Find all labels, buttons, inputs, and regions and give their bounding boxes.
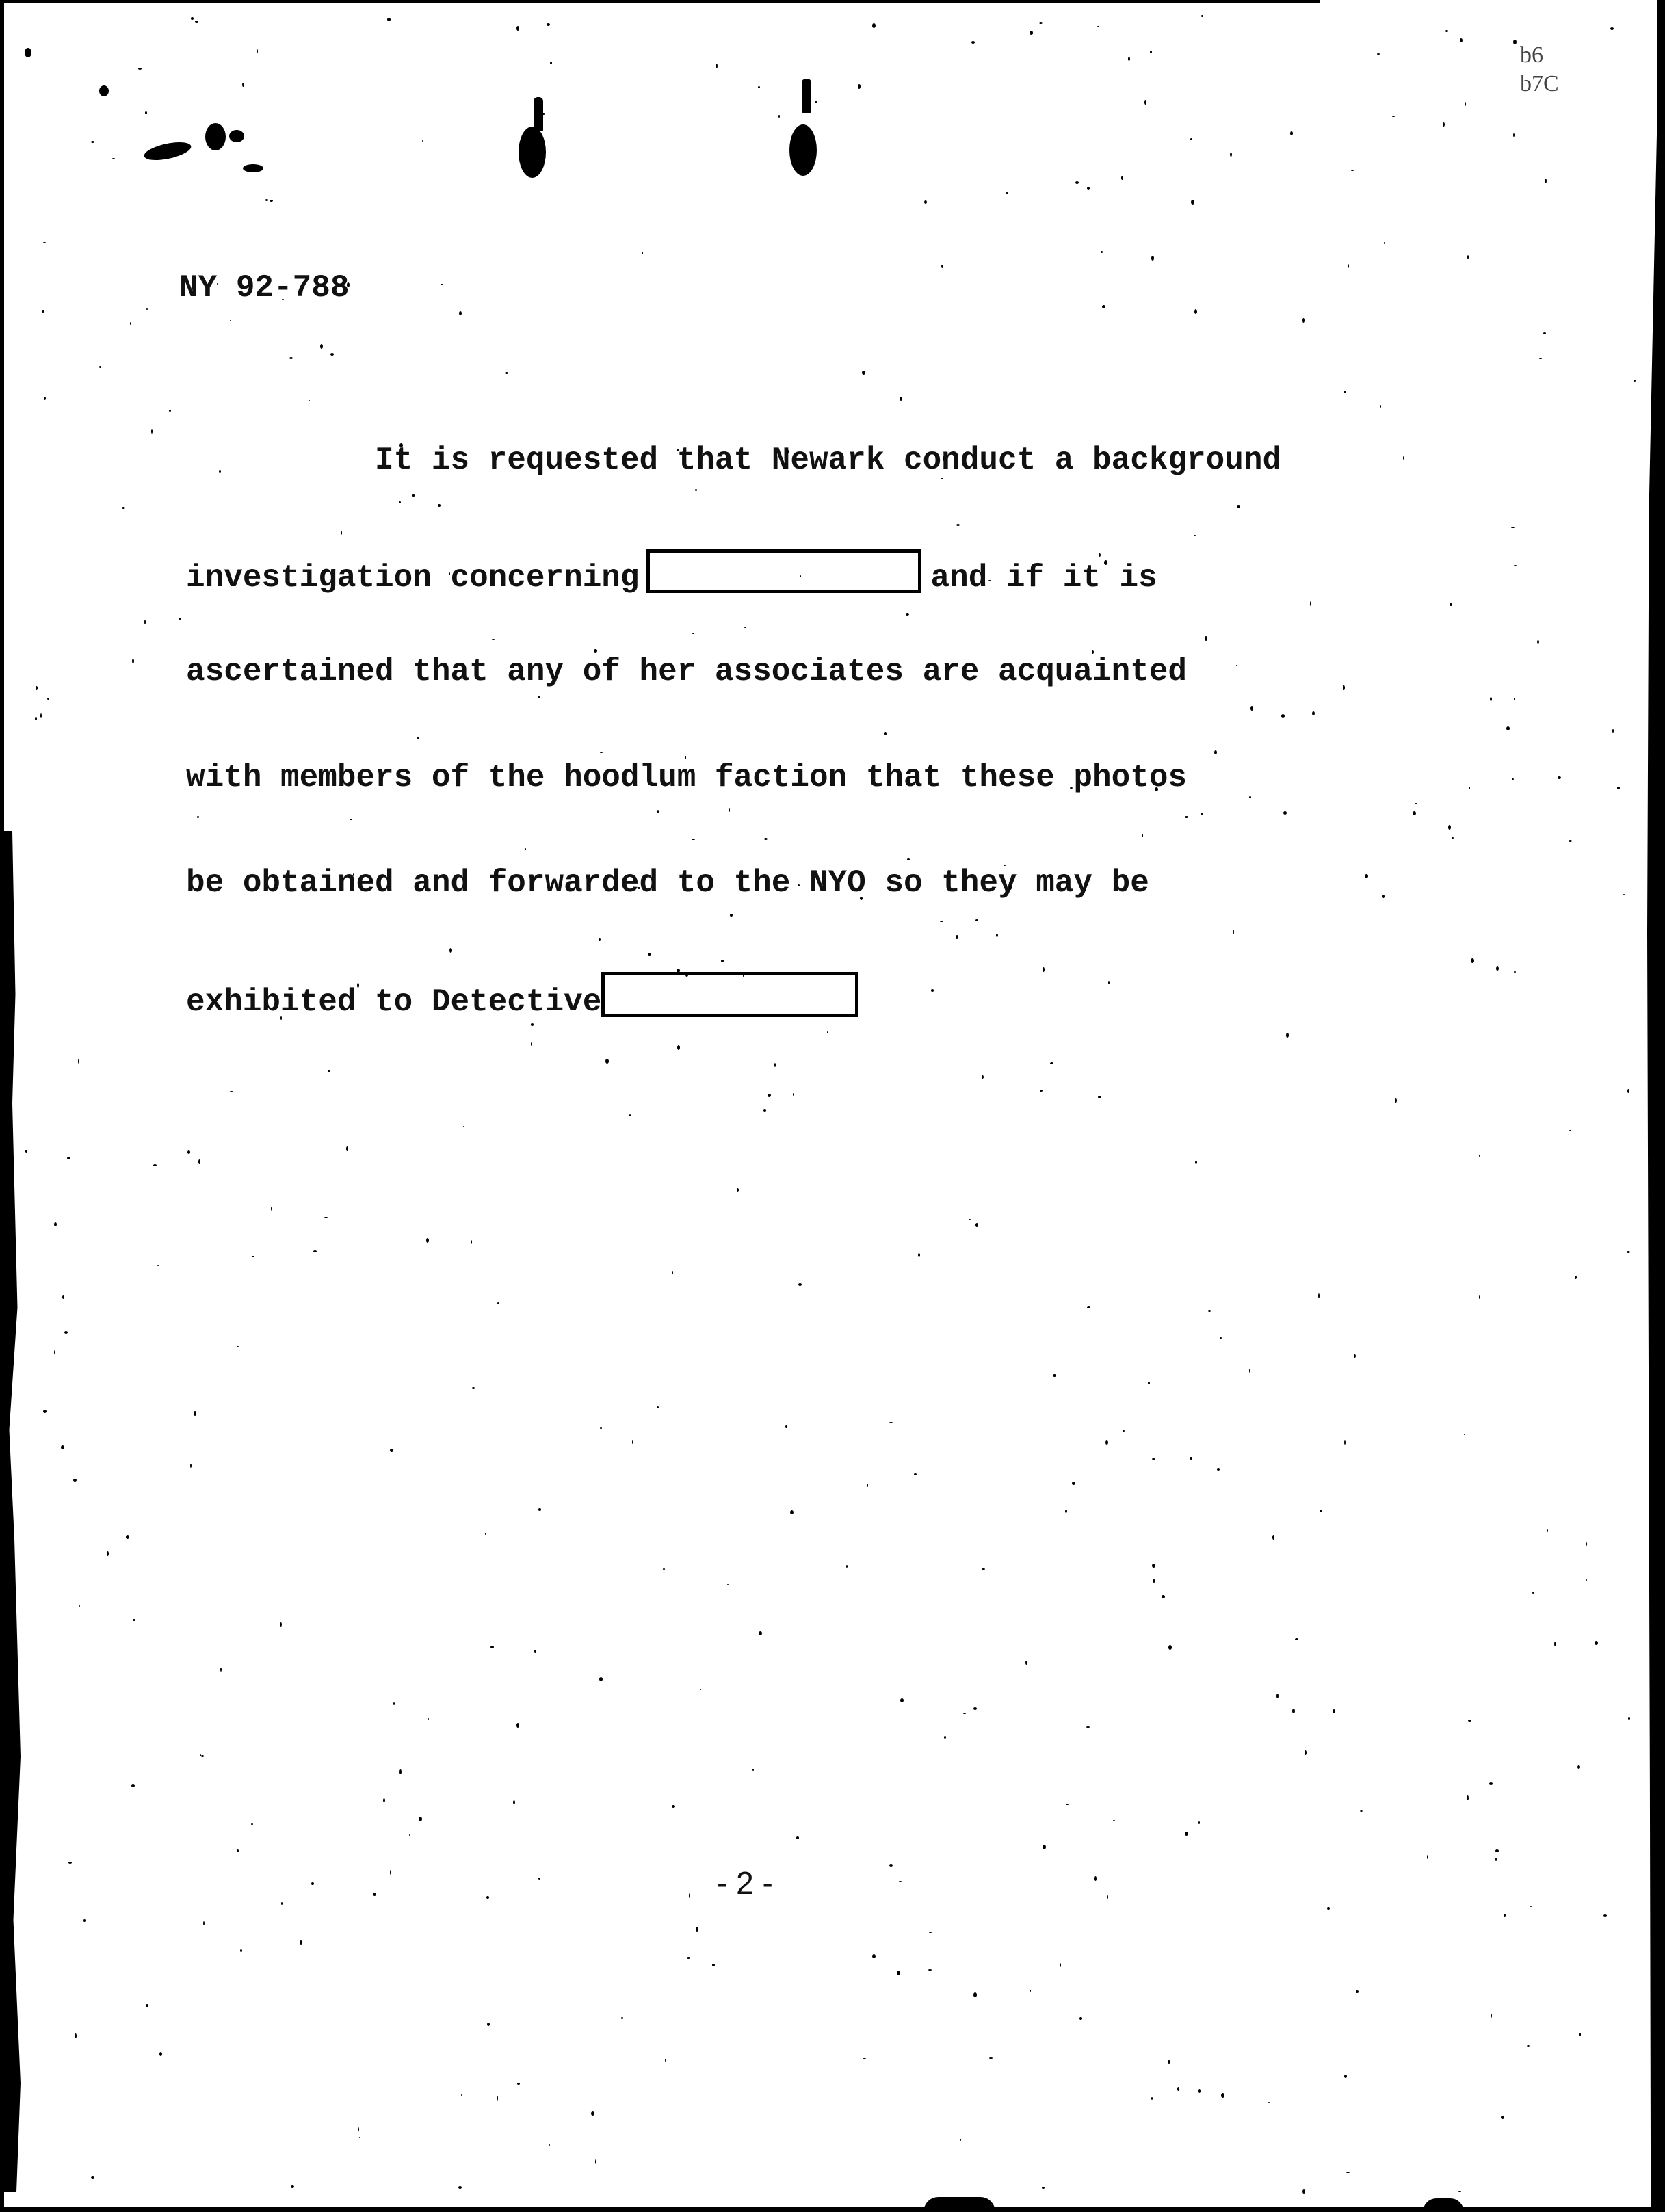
noise-speck [989,2057,993,2059]
noise-speck [685,756,686,759]
noise-speck [1087,187,1090,190]
noise-speck [1201,15,1203,17]
noise-speck [1627,1089,1629,1093]
noise-speck [860,897,863,900]
exemption-code: b7C [1520,70,1559,98]
noise-speck [1190,1457,1192,1460]
noise-speck [884,732,887,735]
line-text: It is requested that Newark conduct a ba… [186,443,1281,478]
noise-speck [846,1565,848,1568]
noise-speck [941,265,943,268]
noise-speck [900,1698,904,1702]
noise-speck [346,1146,348,1151]
noise-speck [1496,966,1499,971]
noise-speck [1445,30,1448,32]
noise-speck [1569,840,1572,842]
noise-speck [441,284,443,285]
noise-speck [1471,958,1474,963]
noise-speck [1365,874,1368,878]
noise-speck [595,2159,596,2164]
noise-speck [867,1484,868,1487]
noise-speck [1150,51,1152,53]
noise-speck [126,1535,129,1539]
noise-speck [219,470,221,473]
noise-speck [1168,1645,1172,1650]
paragraph-line: exhibited to Detective [186,972,1281,1008]
noise-speck [220,1668,222,1672]
hole-punch-right-icon [789,124,817,176]
noise-speck [197,816,199,818]
noise-speck [538,696,540,698]
noise-speck [1070,787,1073,789]
noise-speck [1577,1765,1580,1769]
noise-speck [1333,1709,1335,1713]
noise-speck [330,353,334,356]
noise-speck [458,2186,462,2189]
noise-speck [1344,1440,1346,1445]
noise-speck [743,973,744,977]
noise-speck [863,2058,866,2059]
noise-speck [1268,2102,1270,2103]
noise-speck [324,1217,328,1218]
noise-speck [1380,405,1381,408]
noise-speck [252,1256,254,1257]
noise-speck [700,1689,701,1690]
noise-speck [1495,1849,1499,1852]
noise-speck [969,1219,971,1220]
noise-speck [1310,601,1311,606]
noise-speck [1009,885,1012,890]
paragraph-line: with members of the hoodlum faction that… [186,761,1281,796]
noise-speck [1276,1694,1279,1698]
noise-speck [1230,153,1232,157]
noise-speck [1043,967,1045,972]
noise-speck [412,494,415,497]
noise-speck [251,1823,253,1825]
noise-speck [1066,1804,1069,1805]
noise-speck [988,580,991,581]
noise-speck [1343,685,1345,690]
noise-speck [1233,930,1234,934]
noise-speck [390,1870,391,1875]
noise-speck [1506,726,1510,730]
noise-speck [79,1605,80,1607]
noise-speck [1151,256,1154,261]
noise-speck [1053,1374,1056,1377]
noise-speck [230,1091,233,1092]
noise-speck [1603,1914,1607,1917]
noise-speck [486,1896,489,1899]
noise-speck [973,1992,977,1997]
noise-speck [663,1568,665,1570]
noise-speck [889,1422,893,1423]
noise-speck [1107,1895,1108,1899]
noise-speck [358,2127,359,2131]
hole-punch-stem-right [802,79,811,113]
noise-speck [1627,1251,1630,1253]
noise-speck [1177,2087,1179,2091]
scan-edge-right-shadow [1647,82,1665,2209]
noise-speck [1469,787,1470,789]
noise-speck [373,1893,376,1896]
noise-speck [712,1964,715,1966]
noise-speck [549,2144,550,2146]
line-text: and if it is [931,560,1157,596]
noise-speck [43,1410,47,1413]
paragraph-line: be obtained and forwarded to the NYO so … [186,866,1281,901]
noise-speck [157,1265,159,1266]
noise-speck [1191,200,1194,205]
scan-edge-left-shadow [0,831,21,2192]
noise-speck [399,501,401,503]
noise-speck [924,200,927,204]
noise-speck [785,1425,787,1428]
noise-speck [600,1427,602,1429]
noise-speck [1144,100,1146,105]
noise-speck [195,21,198,23]
noise-speck [1479,1155,1480,1157]
noise-speck [1281,714,1285,718]
noise-speck [112,158,115,159]
noise-speck [62,1295,64,1299]
noise-speck [599,938,601,941]
paragraph-line: investigation concerningand if it is [186,549,1281,585]
line-text: be obtained and forwarded to the NYO so … [186,865,1149,901]
noise-speck [1040,1090,1043,1092]
body-paragraph: It is requested that Newark conduct a ba… [186,373,1281,1077]
noise-speck [422,140,423,142]
noise-speck [47,698,49,700]
noise-speck [1283,811,1287,815]
noise-speck [151,429,153,434]
noise-speck [1501,2116,1504,2119]
noise-speck [1450,603,1452,606]
line-text: investigation concerning [186,560,640,596]
noise-speck [1617,787,1620,789]
noise-speck [313,1250,317,1252]
noise-speck [138,68,142,70]
noise-speck [1532,1592,1534,1594]
smudge [229,130,244,142]
noise-speck [759,1631,762,1635]
noise-speck [409,1834,410,1836]
noise-speck [1413,811,1416,815]
noise-speck [300,1940,302,1945]
noise-speck [1348,264,1349,268]
noise-speck [971,41,975,44]
noise-speck [1495,1858,1497,1861]
noise-speck [417,737,419,739]
paragraph-line: ascertained that any of her associates a… [186,655,1281,690]
noise-speck [78,1059,79,1064]
paragraph-line: It is requested that Newark conduct a ba… [186,443,1281,479]
noise-speck [1043,1845,1046,1849]
noise-speck [1286,1033,1289,1038]
noise-speck [159,2052,162,2056]
noise-speck [347,282,350,287]
noise-speck [975,1223,978,1227]
noise-speck [1148,1382,1150,1384]
noise-speck [629,1114,631,1116]
noise-speck [1152,1458,1155,1460]
noise-speck [1065,1510,1067,1513]
noise-speck [973,1707,977,1710]
noise-speck [146,308,148,310]
noise-speck [1190,138,1192,140]
noise-speck [1513,40,1517,44]
noise-speck [1113,1820,1115,1821]
redaction-box [646,549,921,593]
noise-speck [487,2023,490,2026]
noise-speck [1097,26,1099,27]
noise-speck [1537,640,1539,644]
noise-speck [1377,53,1380,55]
noise-speck [956,935,958,939]
noise-speck [1086,1726,1090,1728]
noise-speck [492,639,495,640]
noise-speck [542,113,545,115]
noise-speck [672,1271,673,1274]
noise-speck [1121,176,1123,180]
noise-speck [1344,391,1346,393]
noise-speck [1545,179,1547,183]
noise-speck [1586,1579,1587,1581]
noise-speck [1360,1810,1363,1812]
scan-edge-bottom [0,2207,1665,2212]
noise-speck [1094,1876,1097,1881]
noise-speck [1099,553,1101,557]
scan-artifact [923,2197,995,2212]
noise-speck [1098,1096,1101,1098]
noise-speck [1101,251,1103,253]
noise-speck [677,969,680,973]
noise-speck [1512,778,1514,780]
noise-speck [815,101,817,103]
noise-speck [198,1159,200,1164]
noise-speck [940,921,943,922]
redaction-box [601,972,858,1017]
noise-speck [131,1784,135,1787]
noise-speck [1415,803,1417,804]
noise-speck [146,2004,148,2007]
noise-speck [1514,565,1517,566]
noise-speck [281,1902,283,1905]
line-text: ascertained that any of her associates a… [186,654,1187,689]
noise-speck [716,64,718,68]
noise-speck [1392,116,1395,117]
noise-speck [359,2137,360,2138]
noise-speck [1395,1098,1397,1103]
hole-punch-left-icon [519,127,546,178]
noise-speck [449,948,452,953]
noise-speck [341,531,342,535]
noise-speck [1513,133,1515,137]
noise-speck [399,443,403,447]
noise-speck [550,62,552,64]
noise-speck [390,1449,393,1452]
noise-speck [144,620,146,624]
noise-speck [201,1755,204,1757]
noise-speck [632,1440,633,1444]
noise-speck [1302,2189,1305,2194]
noise-speck [1354,1354,1356,1358]
noise-speck [1595,1641,1598,1645]
noise-speck [271,1207,272,1211]
noise-speck [1198,2089,1201,2093]
noise-speck [83,1919,86,1922]
noise-speck [1575,1276,1577,1279]
noise-speck [1452,837,1454,839]
noise-speck [64,1331,68,1334]
noise-speck [534,1650,536,1653]
noise-speck [1490,697,1492,701]
noise-speck [517,2083,520,2085]
noise-speck [1208,1310,1211,1312]
noise-speck [872,23,876,28]
line-text: with members of the hoodlum faction that… [186,760,1187,795]
noise-speck [1489,1782,1493,1785]
noise-speck [1467,255,1469,259]
noise-speck [1201,813,1203,815]
page-number: - 2 - [717,1865,773,1901]
smudge [243,164,263,172]
noise-speck [1221,2093,1224,2098]
noise-speck [1327,1907,1330,1910]
noise-speck [665,2059,666,2062]
noise-speck [858,84,861,89]
noise-speck [1220,1337,1222,1339]
noise-speck [752,1769,754,1771]
noise-speck [257,49,258,53]
noise-speck [130,322,131,325]
noise-speck [672,1805,675,1808]
noise-speck [1105,1440,1108,1445]
noise-speck [1318,1293,1320,1298]
noise-speck [1427,1855,1428,1859]
noise-speck [1128,57,1130,61]
noise-speck [1351,170,1354,171]
noise-speck [1272,1535,1274,1540]
noise-speck [472,1387,475,1389]
noise-speck [320,344,323,349]
noise-speck [1151,2097,1153,2100]
foia-exemption-codes: b6 b7C [1520,41,1559,98]
noise-speck [280,1622,282,1627]
noise-speck [1539,358,1542,359]
noise-speck [270,200,273,202]
noise-speck [729,808,730,812]
noise-speck [1185,1832,1188,1836]
noise-speck [1579,2033,1581,2036]
noise-speck [1467,1795,1469,1800]
noise-speck [383,1798,385,1802]
noise-speck [1465,102,1466,106]
noise-speck [599,1677,603,1681]
noise-speck [1443,122,1445,127]
exemption-code: b6 [1520,41,1559,70]
smudge [142,139,192,163]
noise-speck [1558,776,1561,779]
noise-speck [914,1473,917,1475]
noise-speck [1514,698,1515,700]
noise-speck [929,1932,932,1933]
noise-speck [1569,1130,1571,1131]
noise-speck [538,1508,541,1511]
noise-speck [42,310,44,313]
noise-speck [203,1921,205,1925]
noise-speck [1237,505,1240,508]
noise-speck [1547,1529,1548,1532]
noise-speck [513,1800,515,1804]
noise-speck [1511,527,1515,528]
noise-speck [1205,636,1207,641]
noise-speck [982,1075,984,1079]
noise-speck [737,1188,739,1192]
noise-speck [280,1016,282,1020]
noise-speck [768,1094,771,1097]
noise-speck [1075,181,1079,184]
noise-speck [61,1445,64,1449]
line-text: exhibited to Detective [186,984,601,1020]
noise-speck [1079,2017,1082,2020]
noise-speck [696,1927,698,1932]
noise-speck [1468,1720,1471,1722]
smudge [205,123,226,150]
noise-speck [594,649,597,653]
noise-speck [730,914,733,917]
noise-speck [426,1238,429,1243]
noise-speck [311,1882,314,1885]
noise-speck [187,1150,190,1154]
noise-speck [1162,1595,1165,1598]
noise-speck [591,2111,594,2116]
noise-speck [889,1864,893,1867]
noise-speck [54,1222,57,1226]
noise-speck [1123,1430,1125,1432]
noise-speck [67,1157,70,1159]
noise-speck [1346,2172,1350,2173]
noise-speck [44,397,46,400]
noise-speck [621,2017,623,2019]
noise-speck [1039,22,1043,24]
noise-speck [328,1070,330,1072]
noise-speck [1152,1564,1155,1568]
noise-speck [242,83,244,87]
noise-speck [796,1836,799,1839]
noise-speck [900,397,902,401]
noise-speck [1460,38,1463,42]
noise-speck [1072,1482,1075,1485]
noise-speck [798,1283,802,1286]
noise-speck [531,1042,532,1046]
noise-speck [35,717,37,720]
noise-speck [449,572,450,575]
scan-edge-top [0,0,1320,3]
document-page: b6 b7C NY 92-788 It is requested that Ne… [0,0,1665,2212]
noise-speck [471,1240,472,1244]
noise-speck [68,1862,72,1864]
noise-speck [1302,318,1305,323]
noise-speck [240,1949,242,1952]
noise-speck [1610,27,1614,30]
noise-speck [1344,2075,1347,2078]
noise-speck [763,1109,766,1112]
noise-speck [1514,971,1516,973]
noise-speck [1504,1914,1506,1917]
noise-speck [1612,729,1614,733]
noise-speck [727,1584,729,1585]
noise-speck [837,1014,839,1017]
